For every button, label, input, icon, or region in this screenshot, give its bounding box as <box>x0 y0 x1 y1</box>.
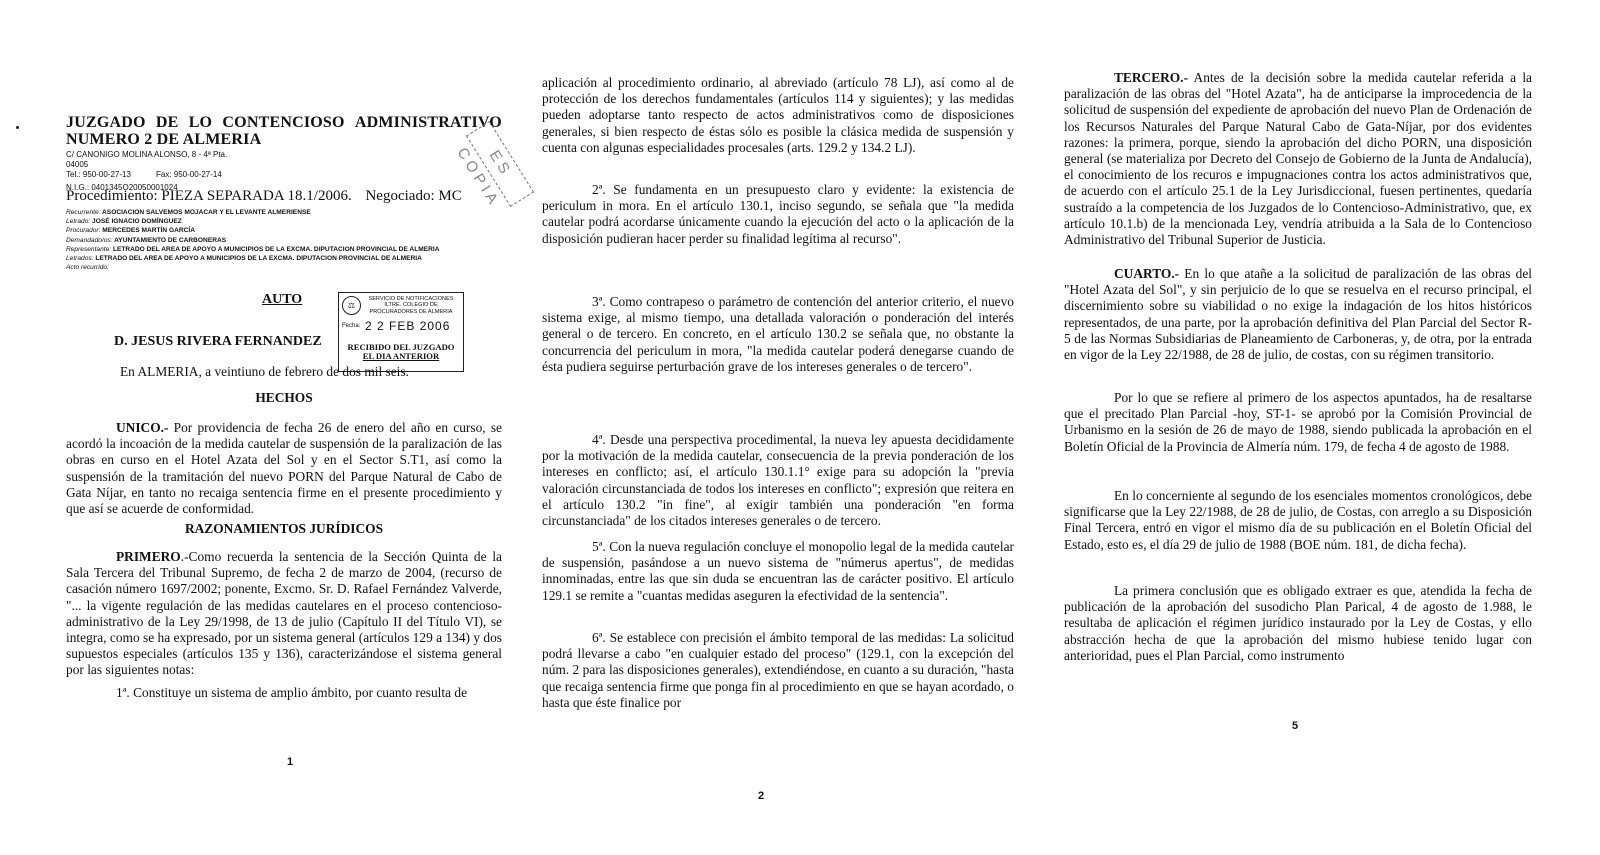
item-2-paragraph: 2ª. Se fundamenta en un presupuesto clar… <box>542 182 1014 247</box>
razonamientos-heading: RAZONAMIENTOS JURÍDICOS <box>66 521 502 537</box>
document-page-2: aplicación al procedimiento ordinario, a… <box>542 0 1014 855</box>
scan-speck <box>16 126 19 129</box>
place-date: En ALMERIA, a veintiuno de febrero de do… <box>120 364 409 380</box>
party-letrados: Letrados: LETRADO DEL AREA DE APOYO A MU… <box>66 254 506 263</box>
stamp-received-text: RECIBIDO DEL JUZGADO EL DIA ANTERIOR <box>341 343 461 361</box>
party-letrado: Letrado: JOSÉ IGNACIO DOMÍNGUEZ <box>66 217 506 226</box>
page-number: 1 <box>287 756 293 768</box>
tercero-paragraph: TERCERO.- Antes de la decisión sobre la … <box>1064 70 1532 248</box>
stamp-date: 2 2 FEB 2006 <box>365 319 450 333</box>
stamp-date-label: Fecha: <box>342 323 360 329</box>
received-stamp: ⚖ SERVICIO DE NOTIFICACIONES ILTRE. COLE… <box>338 292 464 372</box>
segundo-momento-paragraph: En lo concerniente al segundo de los ese… <box>1064 488 1532 553</box>
cuarto-paragraph: CUARTO.- En lo que atañe a la solicitud … <box>1064 266 1532 363</box>
court-heading-line2: NUMERO 2 DE ALMERIA <box>66 131 502 148</box>
party-demandado: Demandado/os: AYUNTAMIENTO DE CARBONERAS <box>66 236 506 245</box>
item-1-paragraph: 1ª. Constituye un sistema de amplio ámbi… <box>66 685 502 701</box>
fax: Fax: 950-00-27-14 <box>156 170 222 180</box>
primero-aspecto-paragraph: Por lo que se refiere al primero de los … <box>1064 390 1532 455</box>
item-3-paragraph: 3ª. Como contrapeso o parámetro de conte… <box>542 294 1014 375</box>
item-4-paragraph: 4ª. Desde una perspectiva procedimental,… <box>542 432 1014 529</box>
auto-title: AUTO <box>262 292 302 308</box>
procedure-line: Procedimiento: PIEZA SEPARADA 18.1/2006.… <box>66 188 462 205</box>
item-5-paragraph: 5ª. Con la nueva regulación concluye el … <box>542 539 1014 604</box>
telephone: Tel.: 950-00-27-13 <box>66 170 131 180</box>
primera-conclusion-paragraph: La primera conclusión que es obligado ex… <box>1064 583 1532 664</box>
hechos-heading: HECHOS <box>66 390 502 406</box>
primero-paragraph: PRIMERO.-Como recuerda la sentencia de l… <box>66 549 502 679</box>
court-heading: JUZGADO DE LO CONTENCIOSO ADMINISTRATIVO… <box>66 114 502 148</box>
document-page-1: JUZGADO DE LO CONTENCIOSO ADMINISTRATIVO… <box>66 0 502 855</box>
document-page-5: TERCERO.- Antes de la decisión sobre la … <box>1064 0 1532 855</box>
party-acto-recurrido: Acto recurrido: <box>66 263 506 272</box>
party-representante: Representante: LETRADO DEL AREA DE APOYO… <box>66 245 506 254</box>
postal-code: 04005 <box>66 160 88 170</box>
party-procurador: Procurador: MERCEDES MARTÍN GARCÍA <box>66 226 506 235</box>
party-recurrente: Recurrente: ASOCIACION SALVEMOS MOJACAR … <box>66 208 506 217</box>
stamp-organization: SERVICIO DE NOTIFICACIONES ILTRE. COLEGI… <box>361 296 461 315</box>
page-number: 2 <box>758 790 764 802</box>
judge-name: D. JESUS RIVERA FERNANDEZ <box>114 334 322 350</box>
court-heading-line1: JUZGADO DE LO CONTENCIOSO ADMINISTRATIVO <box>66 114 502 131</box>
court-address: C/ CANONIGO MOLINA ALONSO, 8 - 4ª Pta. <box>66 150 227 160</box>
page-number: 5 <box>1292 720 1298 732</box>
parties-list: Recurrente: ASOCIACION SALVEMOS MOJACAR … <box>66 208 506 272</box>
seal-icon: ⚖ <box>342 296 361 315</box>
unico-paragraph: UNICO.- Por providencia de fecha 26 de e… <box>66 420 502 517</box>
item-6-paragraph: 6ª. Se establece con precisión el ámbito… <box>542 630 1014 711</box>
continuation-paragraph: aplicación al procedimiento ordinario, a… <box>542 75 1014 156</box>
